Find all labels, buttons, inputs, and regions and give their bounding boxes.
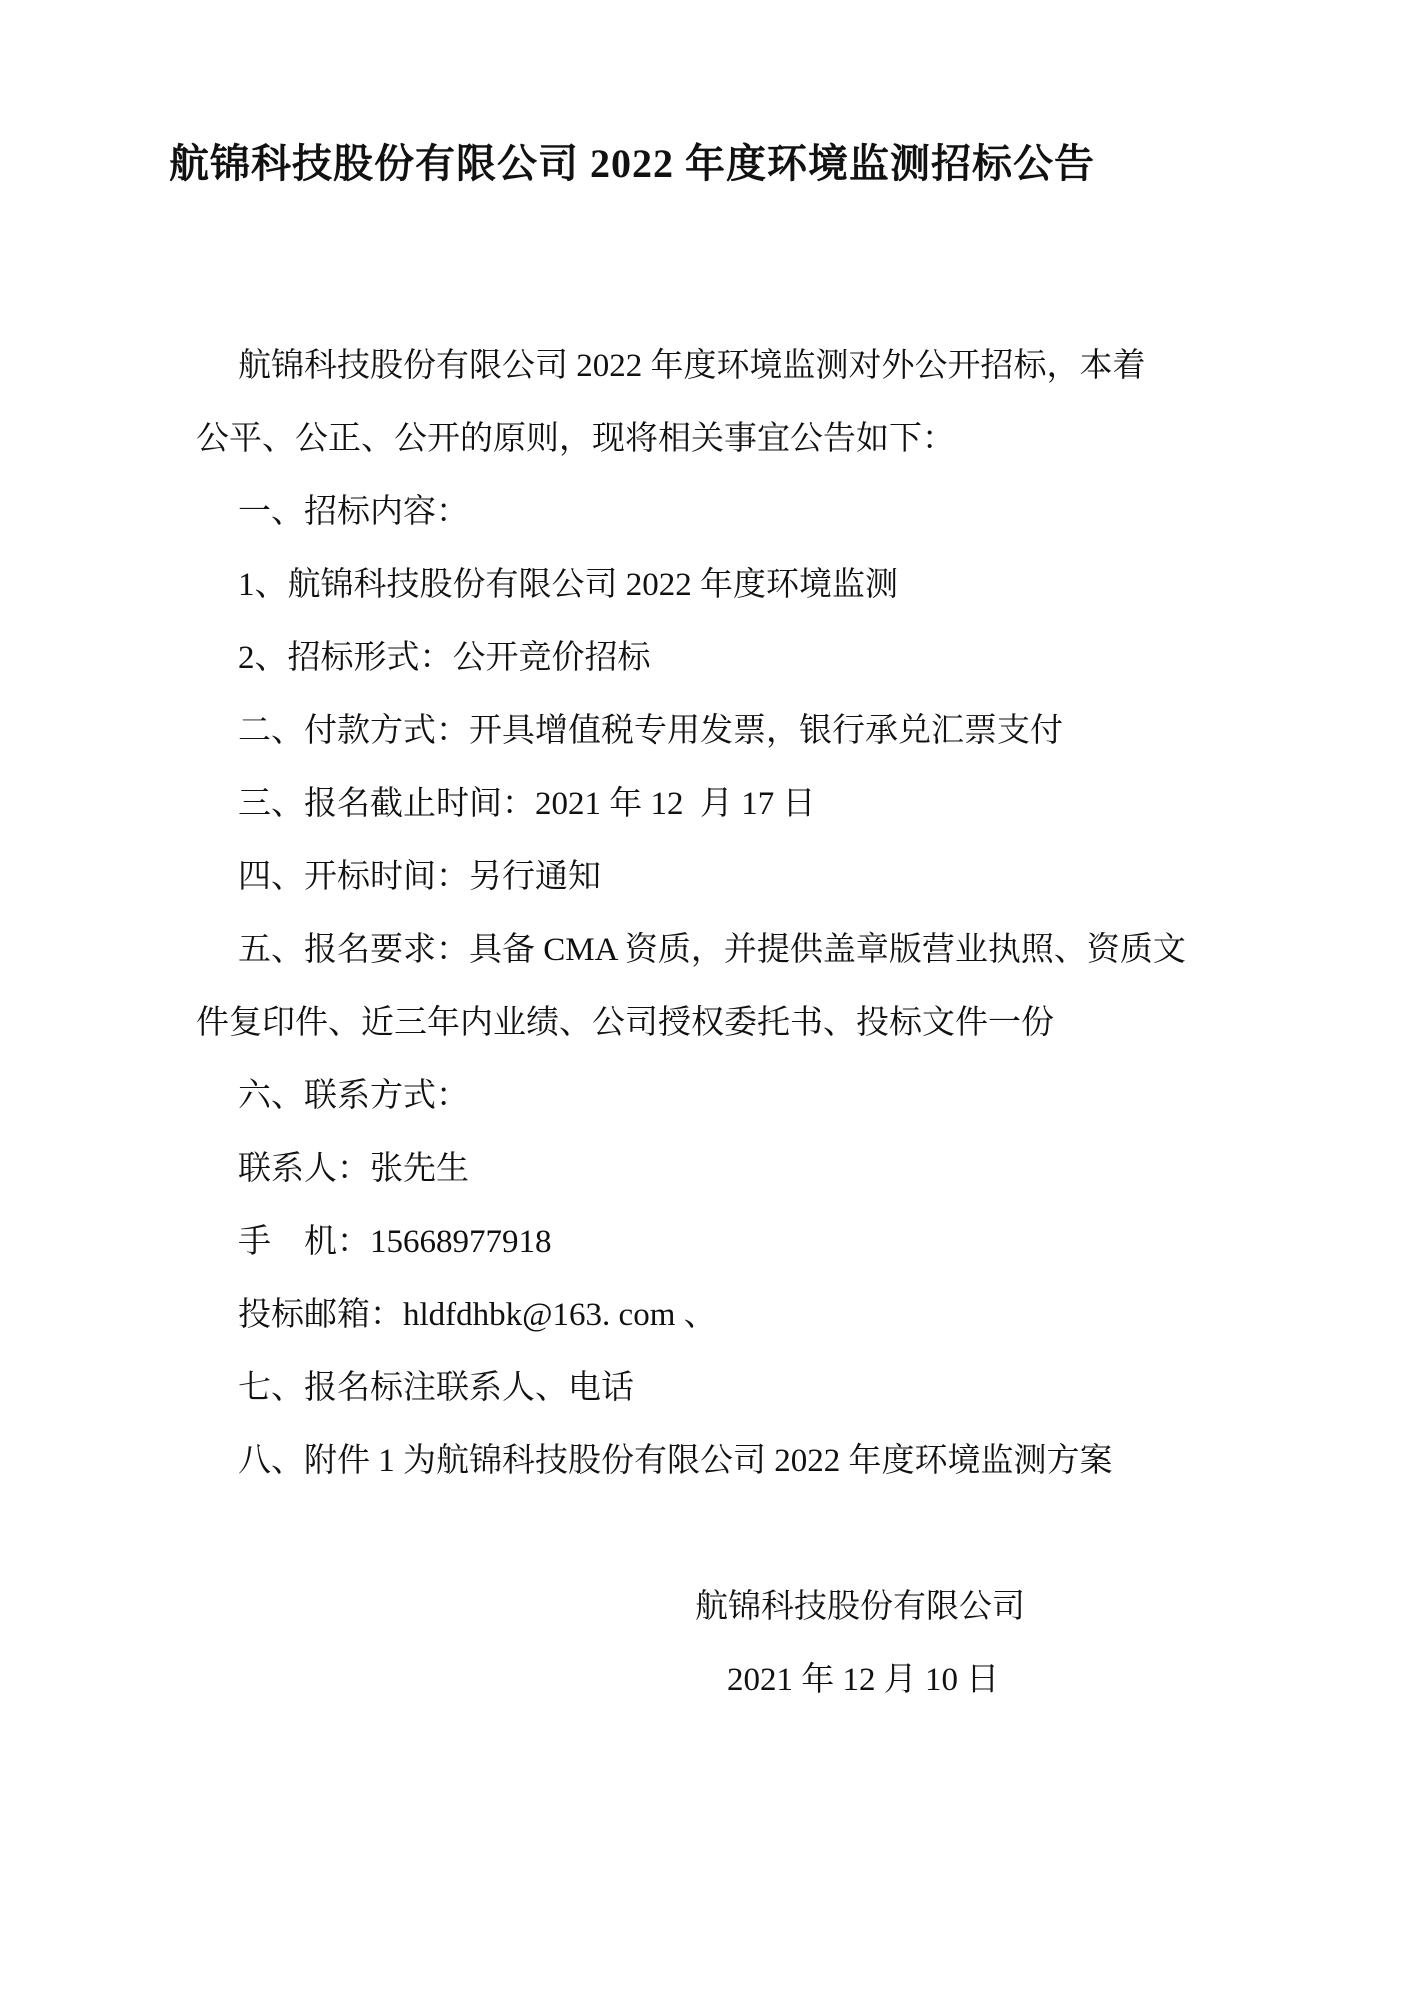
document-page: 航锦科技股份有限公司 2022 年度环境监测招标公告 航锦科技股份有限公司 20… [0,0,1414,1999]
body-line: 三、报名截止时间：2021 年 12 月 17 日 [196,768,1294,841]
body-line: 公平、公正、公开的原则，现将相关事宜公告如下： [196,403,1294,476]
document-title: 航锦科技股份有限公司 2022 年度环境监测招标公告 [0,0,1414,192]
signature-company: 航锦科技股份有限公司 [196,1571,1294,1644]
body-line: 投标邮箱：hldfdhbk@163. com 、 [196,1279,1294,1352]
body-line: 四、开标时间：另行通知 [196,841,1294,914]
body-line: 2、招标形式：公开竞价招标 [196,622,1294,695]
body-line: 七、报名标注联系人、电话 [196,1352,1294,1425]
body-line: 1、航锦科技股份有限公司 2022 年度环境监测 [196,549,1294,622]
body-line: 手 机：15668977918 [196,1206,1294,1279]
body-line: 八、附件 1 为航锦科技股份有限公司 2022 年度环境监测方案 [196,1425,1294,1498]
body-line: 一、招标内容： [196,476,1294,549]
document-body: 航锦科技股份有限公司 2022 年度环境监测对外公开招标，本着 公平、公正、公开… [196,330,1294,1717]
signature-block: 航锦科技股份有限公司 2021 年 12 月 10 日 [196,1571,1294,1717]
body-line: 五、报名要求：具备 CMA 资质，并提供盖章版营业执照、资质文 [196,914,1294,987]
body-line: 联系人：张先生 [196,1133,1294,1206]
body-line: 件复印件、近三年内业绩、公司授权委托书、投标文件一份 [196,987,1294,1060]
signature-date: 2021 年 12 月 10 日 [196,1644,1294,1717]
body-line: 航锦科技股份有限公司 2022 年度环境监测对外公开招标，本着 [196,330,1294,403]
body-line: 六、联系方式： [196,1060,1294,1133]
body-line: 二、付款方式：开具增值税专用发票，银行承兑汇票支付 [196,695,1294,768]
